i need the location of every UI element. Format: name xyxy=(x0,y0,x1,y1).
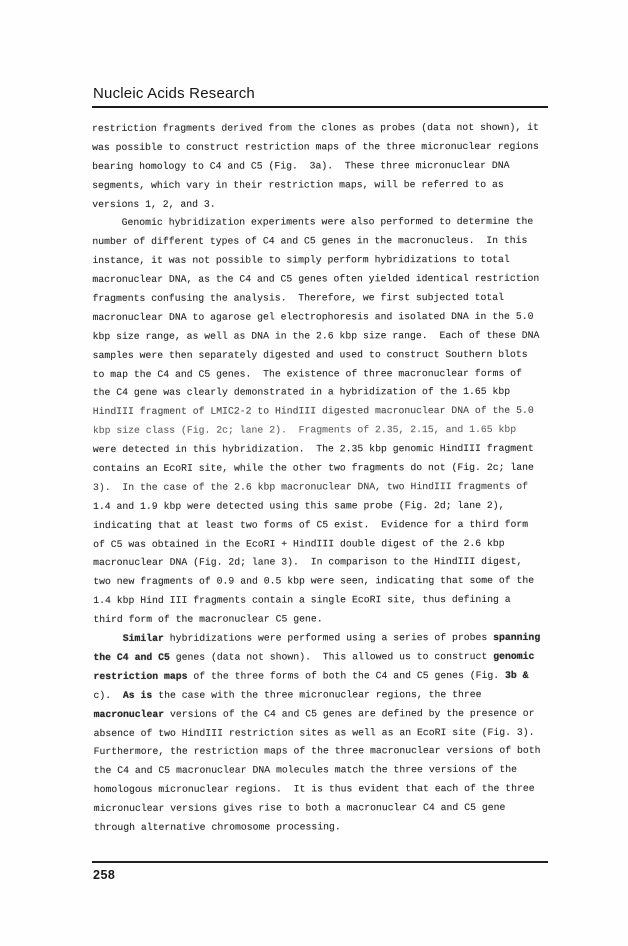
text-line: micronuclear versions gives rise to both… xyxy=(94,799,556,819)
text-line: bearing homology to C4 and C5 (Fig. 3a).… xyxy=(92,157,554,177)
text-line: macronuclear DNA to agarose gel electrop… xyxy=(92,308,554,328)
header-rule xyxy=(92,106,548,108)
text-line: segments, which vary in their restrictio… xyxy=(92,175,554,195)
text-line: macronuclear DNA (Fig. 2d; lane 3). In c… xyxy=(93,553,555,573)
text-line: versions 1, 2, and 3. xyxy=(92,194,554,214)
text-line: Similar hybridizations were performed us… xyxy=(93,629,555,649)
text-line: instance, it was not possible to simply … xyxy=(92,251,554,271)
text-line: through alternative chromosome processin… xyxy=(94,818,556,838)
scanned-page: Nucleic Acids Research restriction fragm… xyxy=(0,0,628,946)
text-line: restriction maps of the three forms of b… xyxy=(93,667,555,687)
text-line: of C5 was obtained in the EcoRI + HindII… xyxy=(93,534,555,554)
text-line: 1.4 kbp Hind III fragments contain a sin… xyxy=(93,591,555,611)
text-line: macronuclear DNA, as the C4 and C5 genes… xyxy=(92,270,554,290)
text-line: was possible to construct restriction ma… xyxy=(92,138,554,158)
journal-title: Nucleic Acids Research xyxy=(93,85,255,102)
text-line: the C4 and C5 macronuclear DNA molecules… xyxy=(94,761,556,781)
text-line: restriction fragments derived from the c… xyxy=(92,119,554,139)
text-line: HindIII fragment of LMIC2-2 to HindIII d… xyxy=(93,402,555,422)
text-line: fragments confusing the analysis. Theref… xyxy=(92,289,554,309)
text-line: Furthermore, the restriction maps of the… xyxy=(94,742,556,762)
text-line: homologous micronuclear regions. It is t… xyxy=(94,780,556,800)
text-line: kbp size class (Fig. 2c; lane 2). Fragme… xyxy=(93,421,555,441)
text-line: absence of two HindIII restriction sites… xyxy=(94,723,556,743)
page-number: 258 xyxy=(93,868,115,882)
text-line: the C4 gene was clearly demonstrated in … xyxy=(93,383,555,403)
text-line: were detected in this hybridization. The… xyxy=(93,440,555,460)
text-line: 1.4 and 1.9 kbp were detected using this… xyxy=(93,497,555,517)
text-line: 3). In the case of the 2.6 kbp macronucl… xyxy=(93,478,555,498)
text-line: macronuclear versions of the C4 and C5 g… xyxy=(94,704,556,724)
text-line: the C4 and C5 genes (data not shown). Th… xyxy=(93,648,555,668)
text-line: contains an EcoRI site, while the other … xyxy=(93,459,555,479)
text-line: indicating that at least two forms of C5… xyxy=(93,515,555,535)
article-body-text: restriction fragments derived from the c… xyxy=(92,119,556,838)
text-line: c). As is the case with the three micron… xyxy=(93,686,555,706)
text-line: Genomic hybridization experiments were a… xyxy=(92,213,554,233)
text-line: two new fragments of 0.9 and 0.5 kbp wer… xyxy=(93,572,555,592)
text-line: to map the C4 and C5 genes. The existenc… xyxy=(93,364,555,384)
text-line: kbp size range, as well as DNA in the 2.… xyxy=(93,327,555,347)
footer-rule xyxy=(92,861,548,863)
text-line: third form of the macronuclear C5 gene. xyxy=(93,610,555,630)
text-line: samples were then separately digested an… xyxy=(93,345,555,365)
text-line: number of different types of C4 and C5 g… xyxy=(92,232,554,252)
